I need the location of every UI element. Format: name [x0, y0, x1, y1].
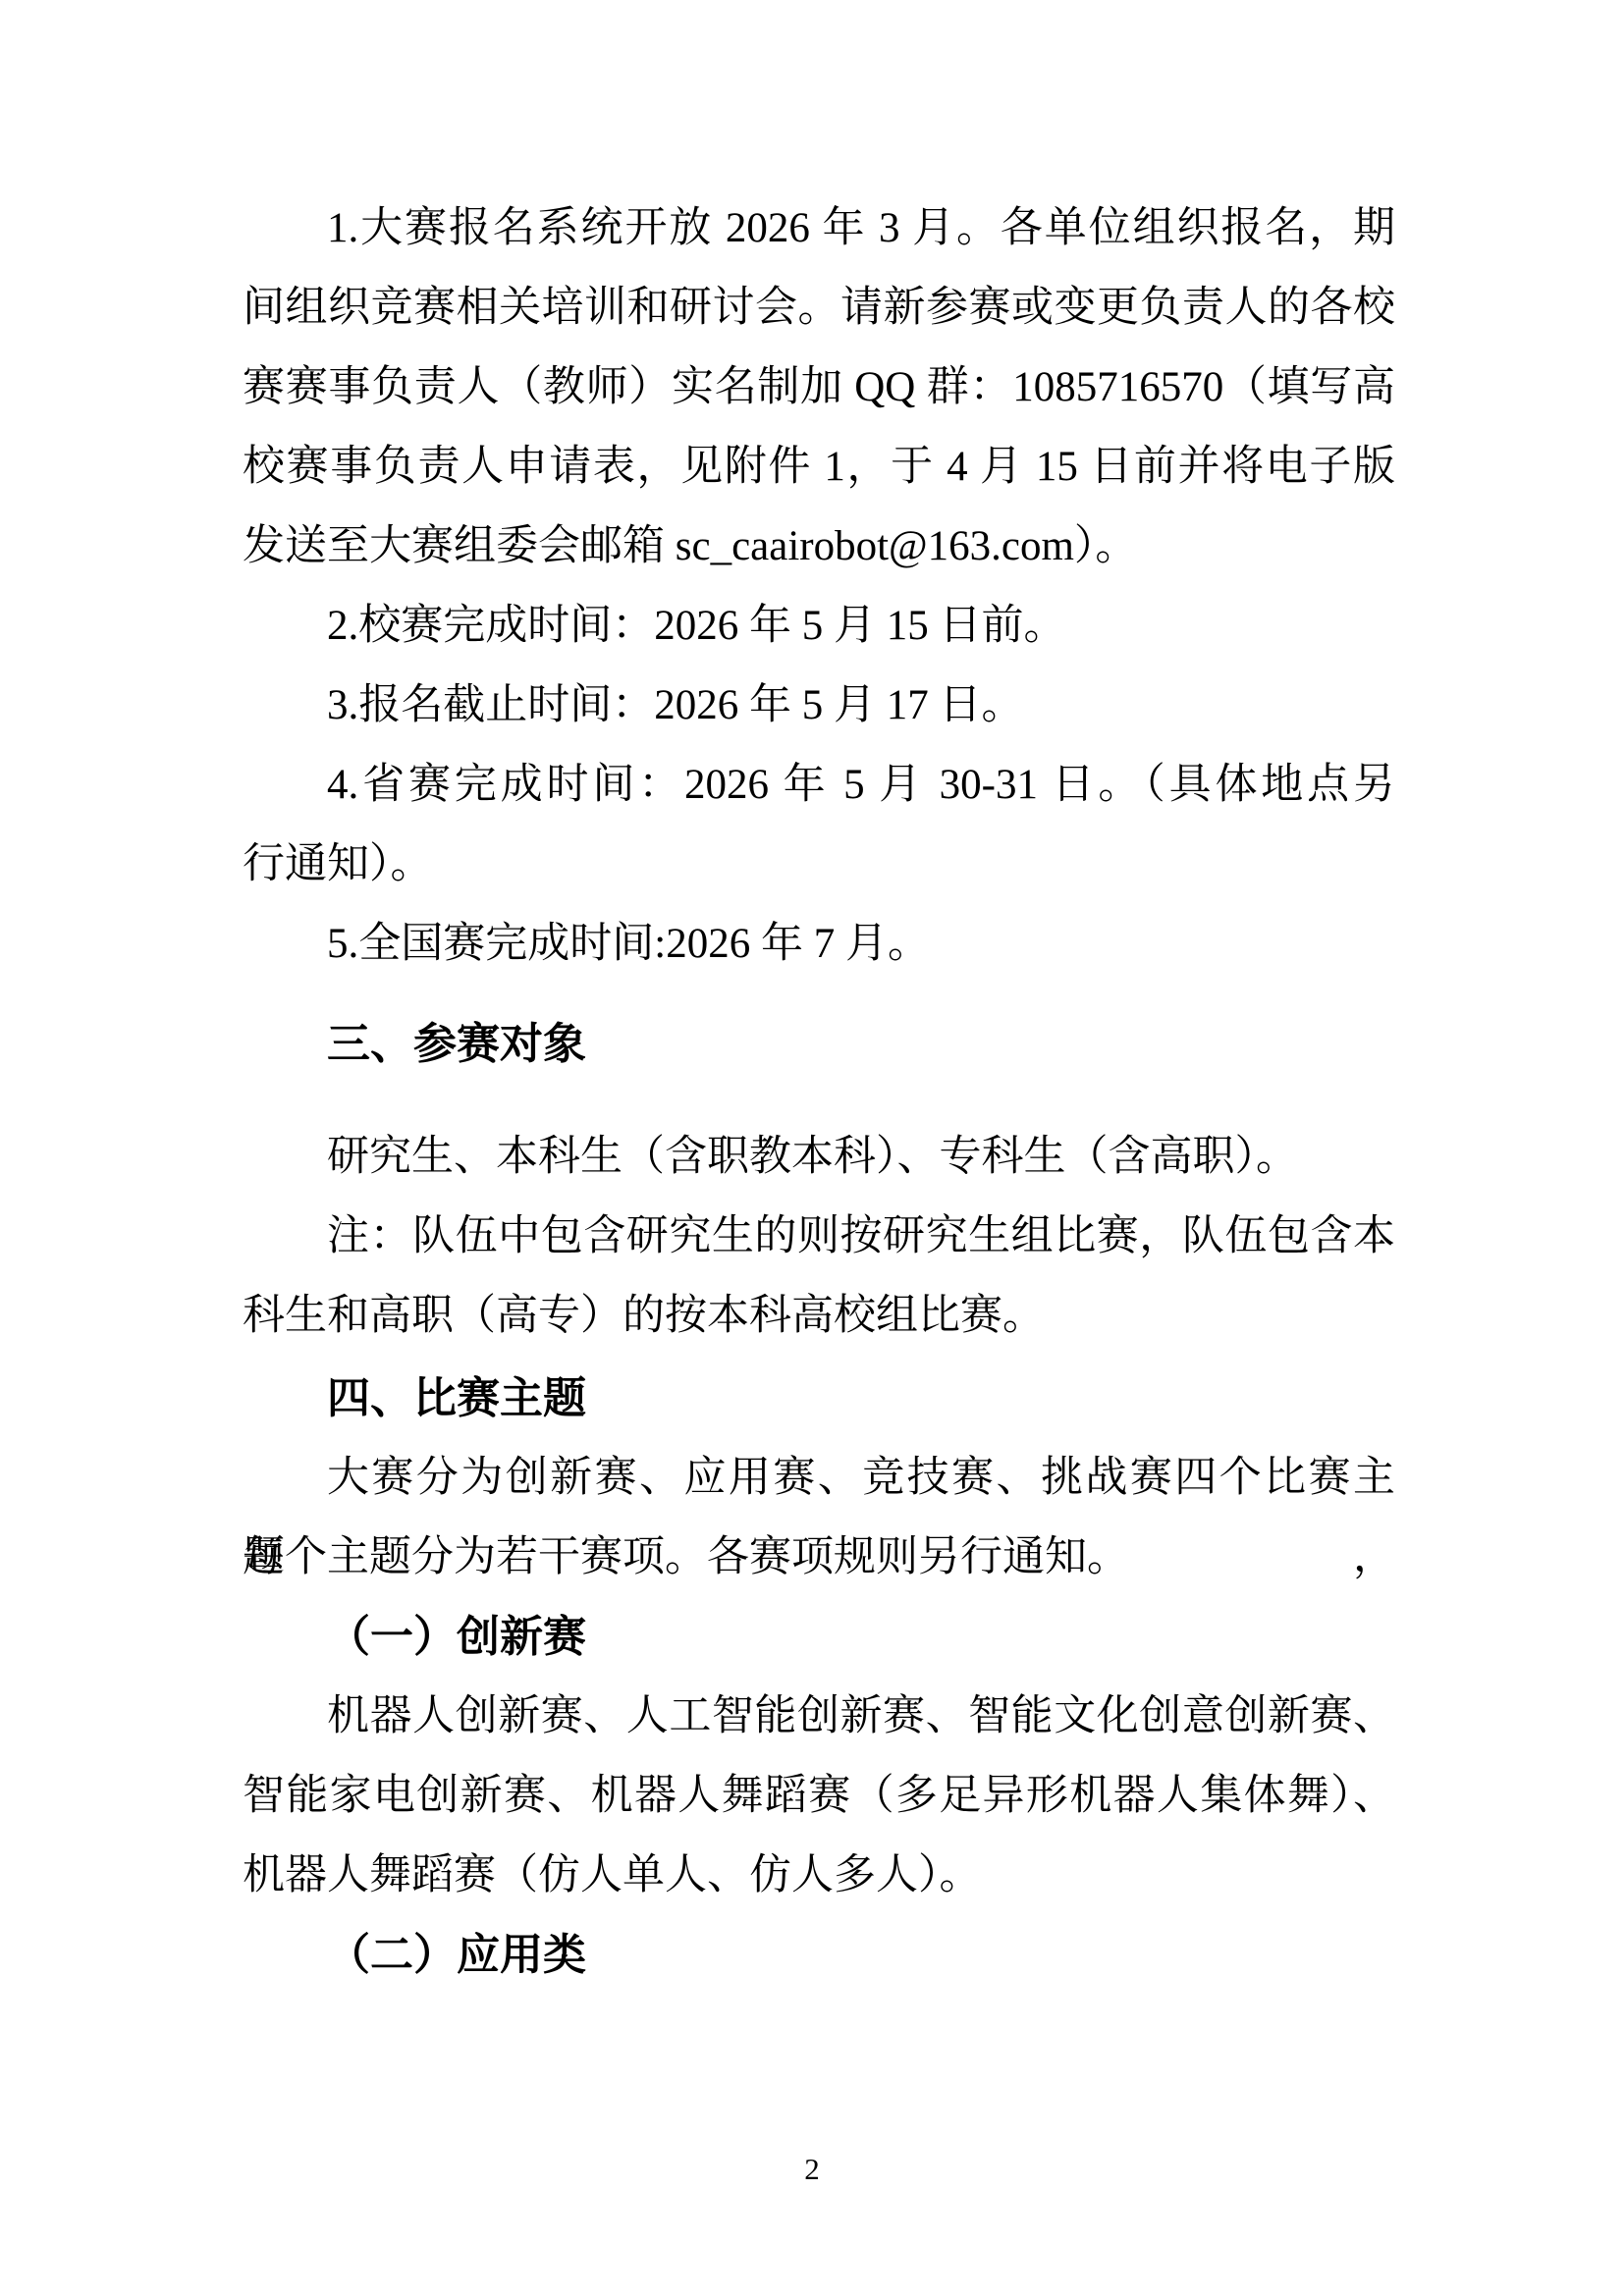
heading-innovation-contest: （一）创新赛: [243, 1597, 1395, 1677]
document-body: 1.大赛报名系统开放 2026 年 3 月。各单位组织报名，期 间组织竞赛相关培…: [243, 188, 1395, 1995]
para-registration-line-2: 间组织竞赛相关培训和研讨会。请新参赛或变更负责人的各校: [243, 268, 1395, 347]
para-eligibility-line-1: 研究生、本科生（含职教本科）、专科生（含高职）。: [243, 1117, 1395, 1197]
para-eligibility-note-line-2: 科生和高职（高专）的按本科高校组比赛。: [243, 1276, 1395, 1356]
item-province-round-line-2: 行通知）。: [243, 825, 1395, 904]
para-registration-line-4: 校赛事负责人申请表，见附件 1，于 4 月 15 日前并将电子版: [243, 427, 1395, 507]
para-innovation-line-1: 机器人创新赛、人工智能创新赛、智能文化创意创新赛、: [243, 1677, 1395, 1756]
page-footer: 2: [0, 2150, 1624, 2189]
document-page: 1.大赛报名系统开放 2026 年 3 月。各单位组织报名，期 间组织竞赛相关培…: [0, 0, 1624, 2296]
para-registration-line-1: 1.大赛报名系统开放 2026 年 3 月。各单位组织报名，期: [243, 188, 1395, 268]
heading-competition-theme: 四、比赛主题: [243, 1359, 1395, 1438]
item-national-round-deadline: 5.全国赛完成时间:2026 年 7 月。: [243, 904, 1395, 984]
para-registration-line-3: 赛赛事负责人（教师）实名制加 QQ 群：1085716570（填写高: [243, 347, 1395, 427]
para-theme-line-1: 大赛分为创新赛、应用赛、竞技赛、挑战赛四个比赛主题，: [243, 1438, 1395, 1518]
item-school-round-deadline: 2.校赛完成时间：2026 年 5 月 15 日前。: [243, 586, 1395, 666]
heading-application-category: （二）应用类: [243, 1915, 1395, 1995]
page-number: 2: [804, 2152, 820, 2186]
para-eligibility-note-line-1: 注：队伍中包含研究生的则按研究生组比赛，队伍包含本: [243, 1197, 1395, 1276]
item-province-round-line-1: 4.省赛完成时间：2026 年 5 月 30-31 日。（具体地点另: [243, 745, 1395, 825]
para-registration-line-5: 发送至大赛组委会邮箱 sc_caairobot@163.com）。: [243, 507, 1395, 586]
heading-participants: 三、参赛对象: [243, 1004, 1395, 1084]
para-innovation-line-3: 机器人舞蹈赛（仿人单人、仿人多人）。: [243, 1836, 1395, 1915]
item-signup-deadline: 3.报名截止时间：2026 年 5 月 17 日。: [243, 666, 1395, 745]
para-innovation-line-2: 智能家电创新赛、机器人舞蹈赛（多足异形机器人集体舞）、: [243, 1756, 1395, 1836]
